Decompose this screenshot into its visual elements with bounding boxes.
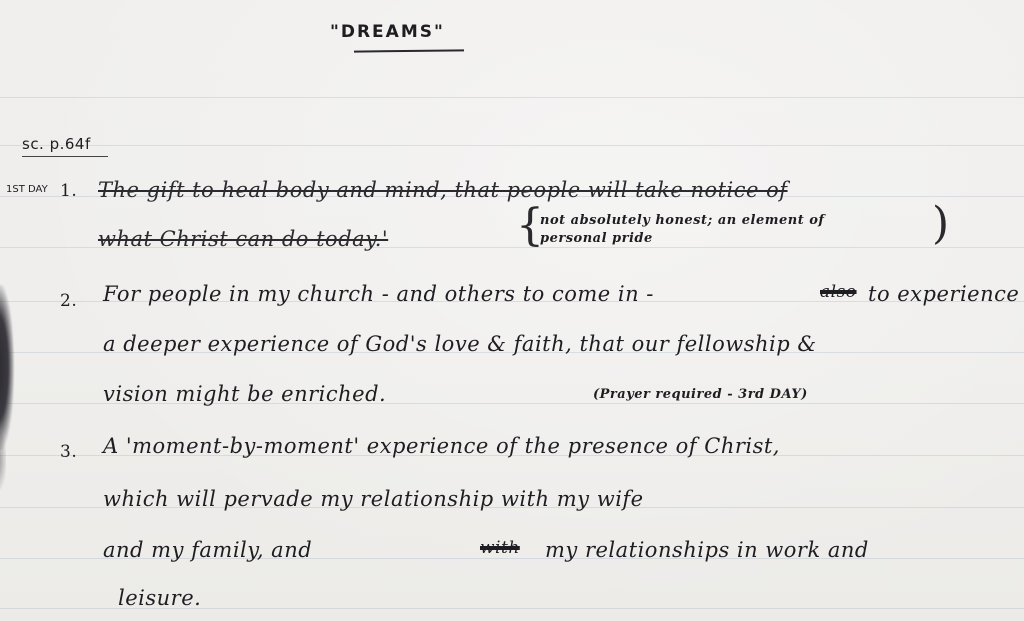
item-number: 2. — [60, 293, 77, 310]
item-1-line-2: what Christ can do today.' — [98, 229, 388, 250]
torn-edge-shadow — [0, 430, 6, 490]
reference-underline — [22, 156, 108, 157]
page-reference: sc. p.64f — [22, 137, 91, 152]
item-3-line-2: which will pervade my relationship with … — [103, 489, 644, 510]
item-2-struck-word: also — [820, 284, 857, 301]
item-1-aside-line-2: personal pride — [540, 232, 653, 245]
item-2-line-3: vision might be enriched. — [103, 384, 386, 405]
ruled-line — [0, 145, 1024, 146]
item-1-aside-line-1: not absolutely honest; an element of — [540, 214, 825, 227]
handwritten-page: "DREAMS" sc. p.64f 1ST DAY 1. The gift t… — [0, 0, 1024, 621]
item-3-line-4: leisure. — [118, 588, 201, 609]
close-bracket: ) — [932, 202, 949, 246]
item-3-line-3: and my family, and — [103, 540, 312, 561]
prayer-note: (Prayer required - 3rd DAY) — [593, 388, 808, 401]
item-2-line-1-end: to experience — [868, 284, 1019, 305]
torn-edge — [0, 285, 14, 450]
item-3-struck-word: with — [480, 540, 520, 557]
item-number: 1. — [60, 183, 77, 200]
item-2-line-2: a deeper experience of God's love & fait… — [103, 334, 817, 355]
title-underline — [354, 49, 464, 52]
day-flag: 1ST DAY — [6, 185, 48, 195]
item-number: 3. — [60, 444, 77, 461]
item-3-line-3-end: my relationships in work and — [545, 540, 869, 561]
item-1-line-1: The gift to heal body and mind, that peo… — [98, 180, 788, 201]
page-title: "DREAMS" — [330, 24, 445, 41]
item-3-line-1: A 'moment-by-moment' experience of the p… — [103, 436, 780, 457]
item-2-line-1: For people in my church - and others to … — [103, 284, 654, 305]
ruled-line — [0, 97, 1024, 98]
